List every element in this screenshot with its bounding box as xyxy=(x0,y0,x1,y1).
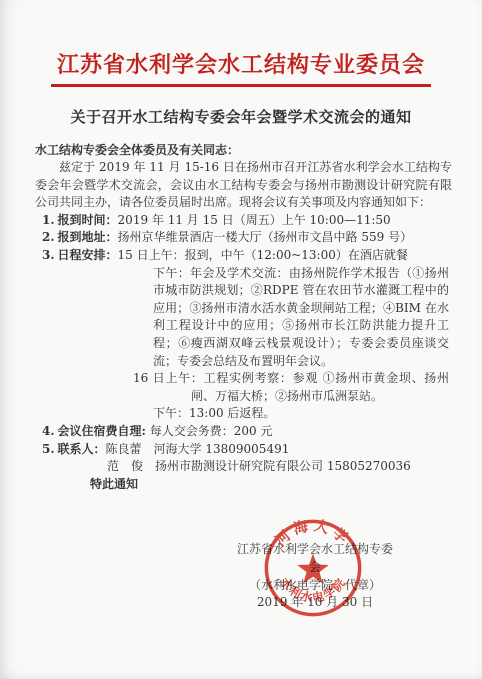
item-text: 15 日上午：报到，中午（12:00~13:00）在酒店就餐 xyxy=(118,248,408,262)
stamp-bottom-text: 水利水电学院 xyxy=(277,574,349,605)
closing-phrase: 特此通知 xyxy=(90,476,452,494)
schedule-day15-afternoon: 下午：年会及学术交流：由扬州院作学术报告（①扬州市城市防洪规划；②RDPE 管在… xyxy=(153,265,449,371)
item-number: 2. xyxy=(42,230,55,244)
item-checkin-time: 1.报到时间：2019 年 11 月 15 日（周五）上午 10:00—11:5… xyxy=(42,212,452,230)
contact-2: 范 俊 扬州市勘测设计研究院有限公司 15805270036 xyxy=(107,458,452,476)
svg-text:水利水电学院: 水利水电学院 xyxy=(277,574,349,605)
schedule-day15-morning: 3.日程安排：15 日上午：报到，中午（12:00~13:00）在酒店就餐 xyxy=(42,247,452,265)
item-number: 1. xyxy=(42,213,55,227)
notice-page: 江苏省水利学会水工结构专业委员会 关于召开水工结构专委会年会暨学术交流会的通知 … xyxy=(0,0,482,679)
item-checkin-address: 2.报到地址：扬州京华维景酒店一楼大厅（扬州市文昌中路 559 号） xyxy=(42,229,452,247)
item-text: 扬州京华维景酒店一楼大厅（扬州市文昌中路 559 号） xyxy=(118,230,413,244)
org-title: 江苏省水利学会水工结构专业委员会 xyxy=(51,52,431,87)
item-contacts: 5.联系人：陈良蕾 河海大学 13809005491 xyxy=(42,441,452,459)
official-seal-stamp: 河海大学 水利水电学院 xyxy=(256,511,370,625)
item-label: 日程安排： xyxy=(58,248,118,262)
item-number: 5. xyxy=(42,442,55,456)
intro-paragraph: 兹定于 2019 年 11 月 15-16 日在扬州市召开江苏省水利学会水工结构… xyxy=(35,159,452,212)
item-number: 3. xyxy=(42,248,55,262)
item-text: 2019 年 11 月 15 日（周五）上午 10:00—11:50 xyxy=(118,213,391,227)
schedule-day16-label: 16 日上午： xyxy=(133,371,204,385)
item-text: 每人交会务费：200 元 xyxy=(146,424,273,438)
item-label: 联系人： xyxy=(58,442,106,456)
stamp-star-icon xyxy=(297,553,329,583)
schedule-day16-morning: 16 日上午：工程实例考察：参观 ①扬州市黄金坝、扬州闸、万福大桥；②扬州市瓜洲… xyxy=(133,370,449,405)
letterhead: 江苏省水利学会水工结构专业委员会 xyxy=(0,0,482,87)
notice-title: 关于召开水工结构专委会年会暨学术交流会的通知 xyxy=(0,106,482,127)
item-label: 会议住宿费自理: xyxy=(58,424,146,438)
item-label: 报到地址： xyxy=(58,230,118,244)
item-fees: 4.会议住宿费自理: 每人交会务费：200 元 xyxy=(42,423,452,441)
item-schedule: 3.日程安排：15 日上午：报到，中午（12:00~13:00）在酒店就餐 下午… xyxy=(42,247,452,423)
schedule-day16-afternoon: 下午：13:00 后返程。 xyxy=(153,405,452,423)
notice-items: 1.报到时间：2019 年 11 月 15 日（周五）上午 10:00—11:5… xyxy=(42,212,452,494)
item-label: 报到时间： xyxy=(58,213,118,227)
contact-1: 陈良蕾 河海大学 13809005491 xyxy=(106,442,290,456)
item-number: 4. xyxy=(42,424,55,438)
schedule-day16-text: 工程实例考察：参观 ①扬州市黄金坝、扬州闸、万福大桥；②扬州市瓜洲泵站。 xyxy=(191,371,449,403)
notice-body: 水工结构专委会全体委员及有关同志： 兹定于 2019 年 11 月 15-16 … xyxy=(35,142,452,494)
salutation: 水工结构专委会全体委员及有关同志： xyxy=(35,142,452,160)
